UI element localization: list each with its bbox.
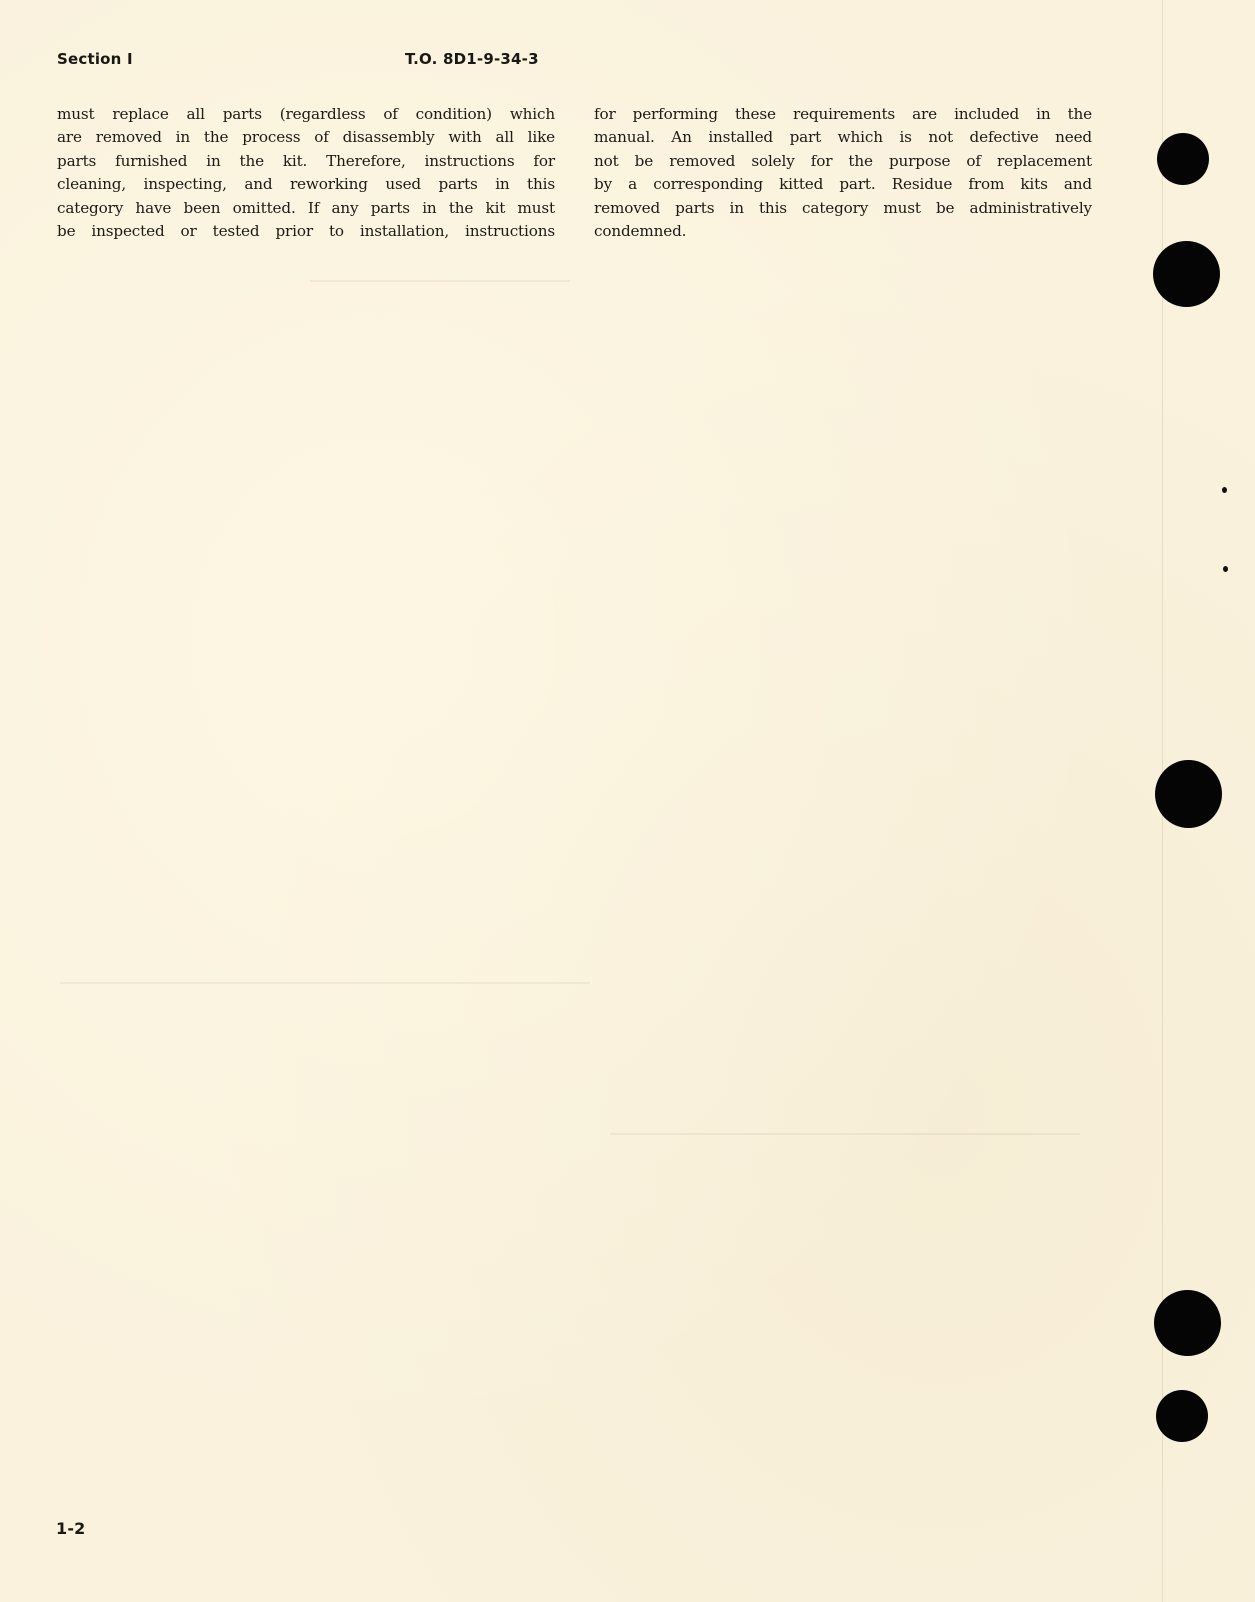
text-line: category have been omitted. If any parts…: [57, 197, 555, 220]
page-number: 1-2: [56, 1519, 86, 1538]
text-line: be inspected or tested prior to installa…: [57, 220, 555, 243]
punch-hole-icon: [1154, 1290, 1221, 1356]
bleed-through-rule: [60, 982, 590, 984]
body-column-left: must replace all parts (regardless of co…: [57, 103, 555, 243]
bleed-through-rule: [310, 280, 570, 282]
text-line: are removed in the process of disassembl…: [57, 126, 555, 149]
text-line: parts furnished in the kit. Therefore, i…: [57, 150, 555, 173]
text-line: condemned.: [594, 220, 1092, 243]
text-line: cleaning, inspecting, and reworking used…: [57, 173, 555, 196]
text-line: manual. An installed part which is not d…: [594, 126, 1092, 149]
bleed-through-rule: [610, 1133, 1080, 1135]
section-label: Section I: [57, 50, 133, 68]
text-line: not be removed solely for the purpose of…: [594, 150, 1092, 173]
punch-hole-icon: [1157, 133, 1209, 185]
punch-dot-icon: [1223, 566, 1228, 572]
document-page: Section I T.O. 8D1-9-34-3 must replace a…: [0, 0, 1255, 1602]
body-column-right: for performing these requirements are in…: [594, 103, 1092, 243]
text-line: for performing these requirements are in…: [594, 103, 1092, 126]
text-line: must replace all parts (regardless of co…: [57, 103, 555, 126]
punch-hole-icon: [1155, 760, 1222, 828]
text-line: by a corresponding kitted part. Residue …: [594, 173, 1092, 196]
document-number: T.O. 8D1-9-34-3: [405, 50, 539, 68]
punch-hole-icon: [1156, 1390, 1208, 1442]
punch-hole-icon: [1153, 241, 1220, 307]
text-line: removed parts in this category must be a…: [594, 197, 1092, 220]
punch-dot-icon: [1222, 487, 1227, 493]
